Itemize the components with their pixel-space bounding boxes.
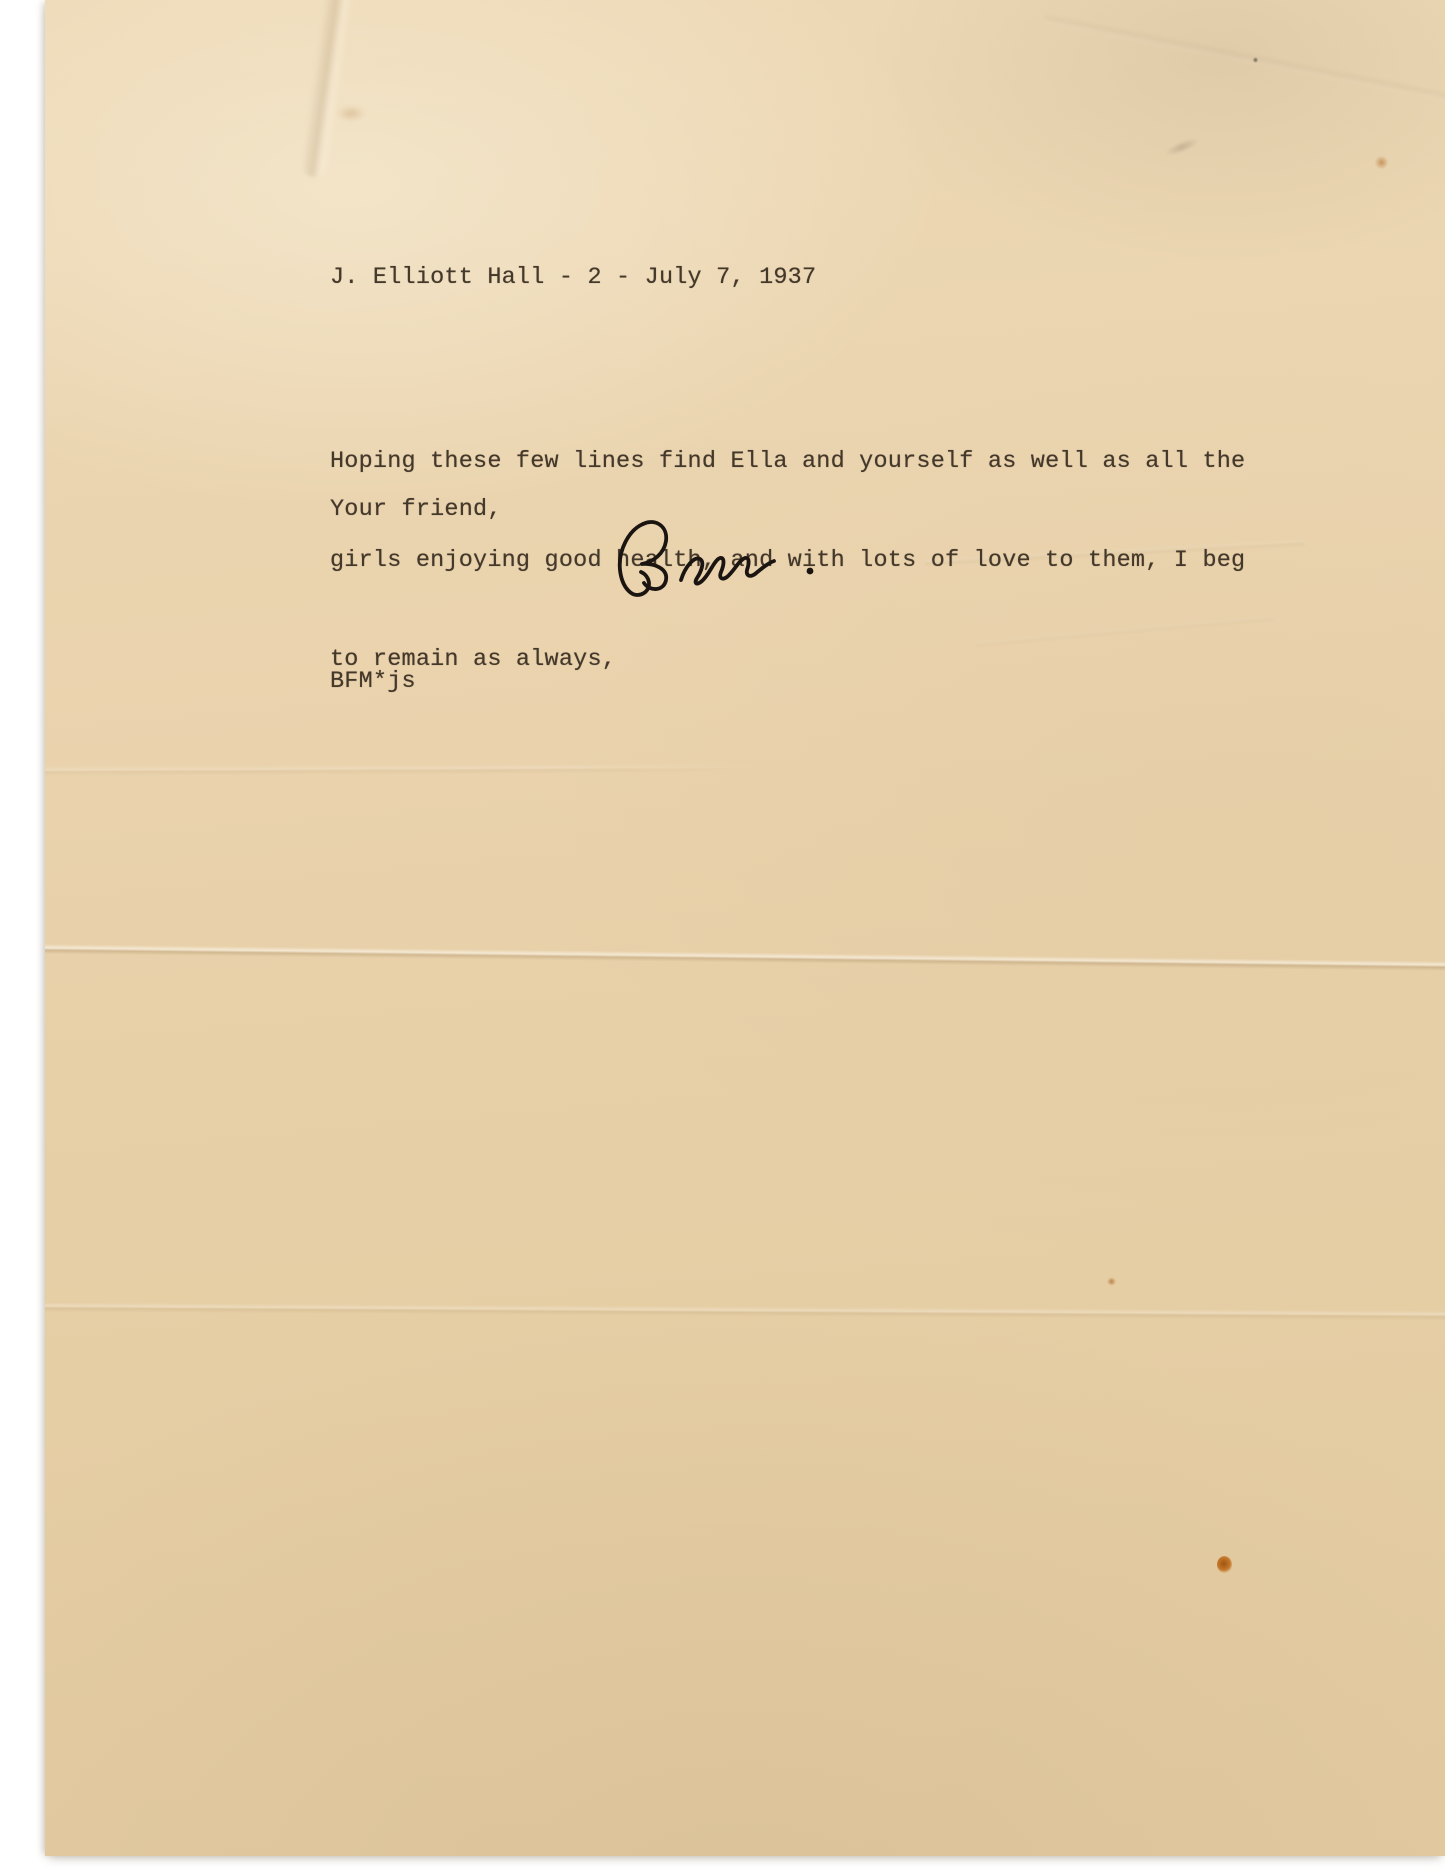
age-smudge-left xyxy=(337,106,365,121)
fold-line-upper xyxy=(45,763,765,776)
letter-page: J. Elliott Hall - 2 - July 7, 1937 Hopin… xyxy=(45,0,1445,1856)
signature-stroke xyxy=(681,558,774,584)
body-line: to remain as always, xyxy=(330,643,1245,676)
scanner-background: J. Elliott Hall - 2 - July 7, 1937 Hopin… xyxy=(0,0,1445,1870)
corner-crease-top-right xyxy=(1044,14,1445,105)
pen-impression-crease xyxy=(300,0,354,179)
fold-line-lower xyxy=(45,1302,1445,1321)
signature-ben xyxy=(597,512,837,622)
rust-stain-top-right xyxy=(1375,156,1388,169)
pencil-smudge xyxy=(1164,136,1199,158)
page-header-line: J. Elliott Hall - 2 - July 7, 1937 xyxy=(330,264,816,291)
rust-stain-dot xyxy=(1217,1556,1232,1573)
signature-stroke xyxy=(642,522,666,589)
rust-fleck-mid xyxy=(1107,1278,1116,1285)
typist-initials: BFM*js xyxy=(330,668,416,695)
fold-line-main xyxy=(45,944,1445,971)
signature-period xyxy=(807,568,814,575)
body-line: Hoping these few lines find Ella and you… xyxy=(330,445,1245,478)
ink-speck xyxy=(1253,57,1258,63)
closing-line: Your friend, xyxy=(330,496,502,523)
